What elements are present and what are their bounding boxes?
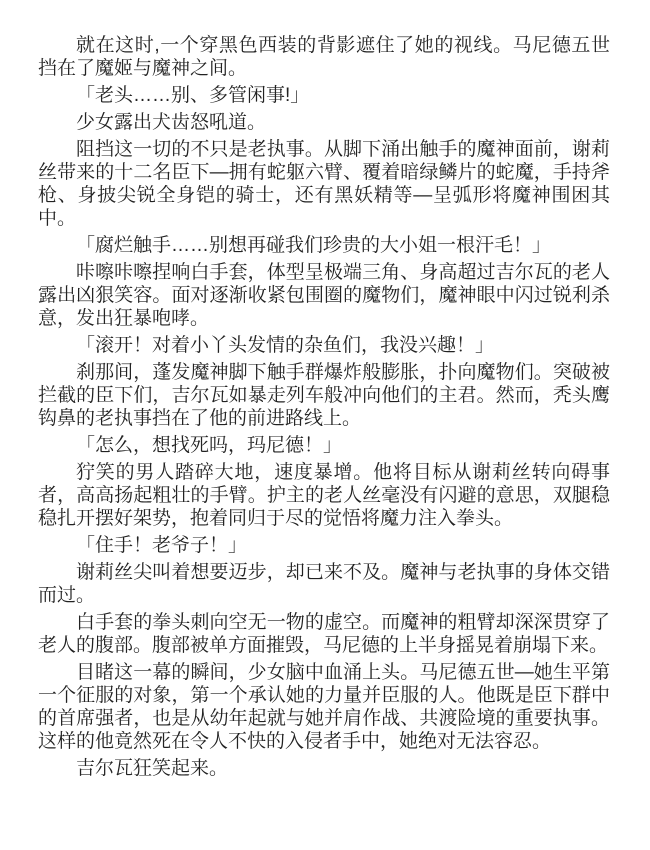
paragraph-text: 咔嚓咔嚓捏响白手套，体型呈极端三角、身高超过吉尔瓦的老人露出凶狠笑容。面对逐渐收… — [38, 261, 610, 330]
dialogue-line: 「滚开！对着小丫头发情的杂鱼们，我没兴趣！」 — [38, 334, 610, 357]
dialogue-line: 「腐烂触手……别想再碰我们珍贵的大小姐一根汗毛！」 — [38, 234, 610, 257]
paragraph-text: 白手套的拳头刺向空无一物的虚空。而魔神的粗臂却深深贯穿了老人的腹部。腹部被单方面… — [38, 611, 610, 657]
paragraph-text: 吉尔瓦狂笑起来。 — [38, 757, 610, 780]
paragraph-text: 刹那间，蓬发魔神脚下触手群爆炸般膨胀，扑向魔物们。突破被拦截的臣下们，吉尔瓦如暴… — [38, 361, 610, 430]
dialogue-line: 「老头……别、多管闲事!」 — [38, 84, 610, 107]
paragraph-text: 就在这时,一个穿黑色西装的背影遮住了她的视线。马尼德五世挡在了魔姬与魔神之间。 — [38, 34, 610, 80]
dialogue-line: 「怎么，想找死吗，玛尼德！」 — [38, 434, 610, 457]
paragraph-text: 少女露出犬齿怒吼道。 — [38, 111, 610, 134]
paragraph-text: 目睹这一幕的瞬间，少女脑中血涌上头。马尼德五世—她生平第一个征服的对象，第一个承… — [38, 661, 610, 753]
dialogue-line: 「住手！老爷子！」 — [38, 534, 610, 557]
paragraph-text: 谢莉丝尖叫着想要迈步，却已来不及。魔神与老执事的身体交错而过。 — [38, 561, 610, 607]
paragraph-text: 阻挡这一切的不只是老执事。从脚下涌出触手的魔神面前，谢莉丝带来的十二名臣下—拥有… — [38, 138, 610, 230]
novel-reader-page: 就在这时,一个穿黑色西装的背影遮住了她的视线。马尼德五世挡在了魔姬与魔神之间。 … — [0, 0, 650, 850]
paragraph-text: 狞笑的男人踏碎大地，速度暴增。他将目标从谢莉丝转向碍事者，高高扬起粗壮的手臂。护… — [38, 461, 610, 530]
